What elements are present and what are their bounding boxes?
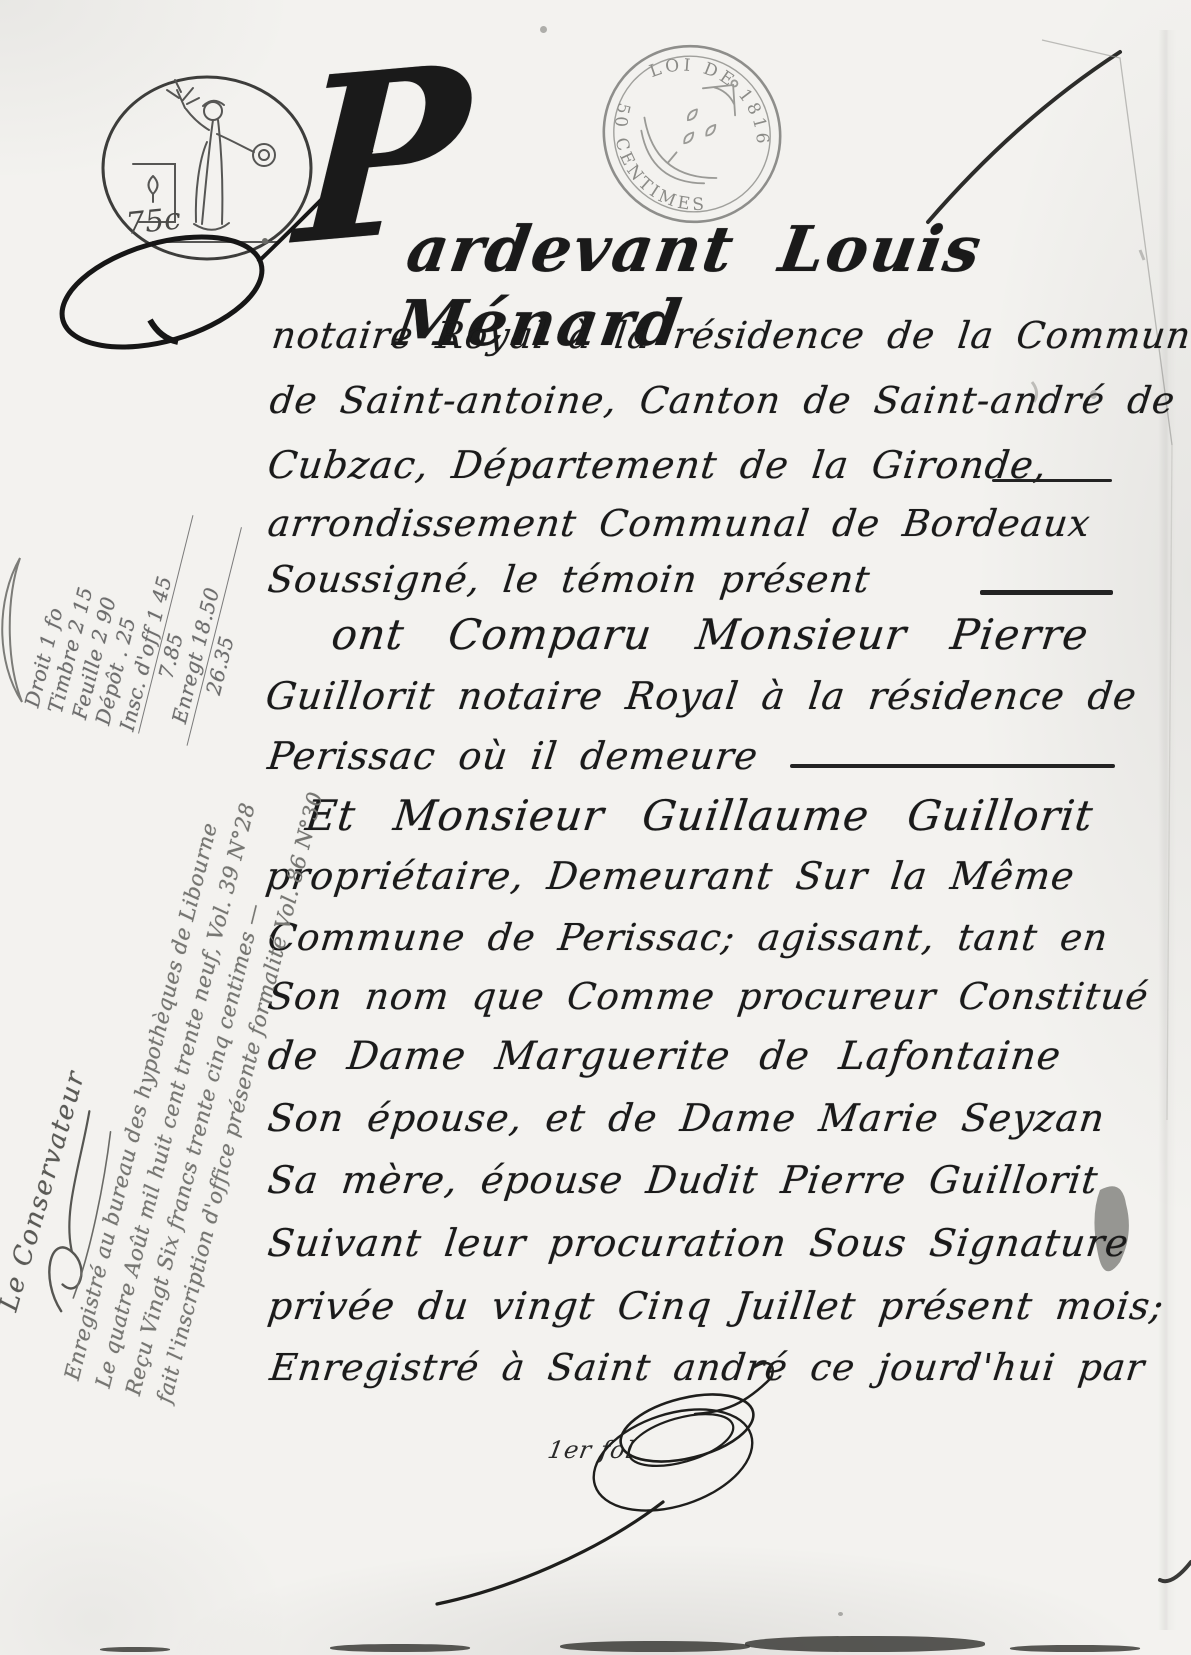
manuscript-line: Guillorit notaire Royal à la résidence d… (263, 676, 1139, 718)
manuscript-line: Commune de Perissac; agissant, tant en (266, 918, 1111, 959)
flourish-rule (980, 590, 1113, 595)
manuscript-line: Son nom que Comme procureur Constitué (266, 977, 1152, 1018)
manuscript-line: privée du vingt Cinq Juillet présent moi… (265, 1286, 1166, 1328)
manuscript-line: Sa mère, épouse Dudit Pierre Guillorit (265, 1160, 1100, 1202)
ink-speck (540, 26, 547, 33)
ink-speck (838, 1612, 843, 1616)
fold-shadow (1158, 30, 1176, 1630)
manuscript-line: notaire Royal à la résidence de la Commu… (270, 316, 1191, 357)
margin-bracket-icon (2, 558, 22, 702)
manuscript-line: propriétaire, Demeurant Sur la Même (263, 856, 1077, 898)
manuscript-line: Et Monsieur Guillaume Guillorit (303, 793, 1096, 839)
manuscript-line: Soussigné, le témoin présent (266, 560, 873, 601)
flourish-rule (790, 764, 1115, 768)
manuscript-line: Cubzac, Département de la Gironde, (265, 445, 1049, 487)
scan-smudge (745, 1636, 985, 1652)
flourish-rule (992, 479, 1112, 482)
scan-smudge (100, 1647, 170, 1652)
manuscript-line: arrondissement Communal de Bordeaux (266, 504, 1093, 545)
ink-speck (262, 238, 268, 244)
document-page: 75c LOI DE 1816 (0, 0, 1191, 1655)
scan-smudge (1010, 1645, 1140, 1652)
scan-smudge (560, 1641, 750, 1652)
scan-smudge (330, 1644, 470, 1652)
manuscript-line: Perissac où il demeure (265, 736, 760, 778)
manuscript-line: de Saint-antoine, Canton de Saint-andré … (268, 381, 1178, 422)
manuscript-line: Son épouse, et de Dame Marie Seyzan (265, 1098, 1107, 1140)
manuscript-line: Suivant leur procuration Sous Signature (265, 1223, 1131, 1265)
signature-paraph-icon (415, 1352, 855, 1617)
manuscript-line: de Dame Marguerite de Lafontaine (265, 1036, 1063, 1079)
manuscript-line: ont Comparu Monsieur Pierre (329, 612, 1091, 658)
diagonal-stroke-icon (928, 52, 1120, 222)
ink-speck (1090, 390, 1097, 399)
initial-swash-icon (49, 217, 274, 368)
